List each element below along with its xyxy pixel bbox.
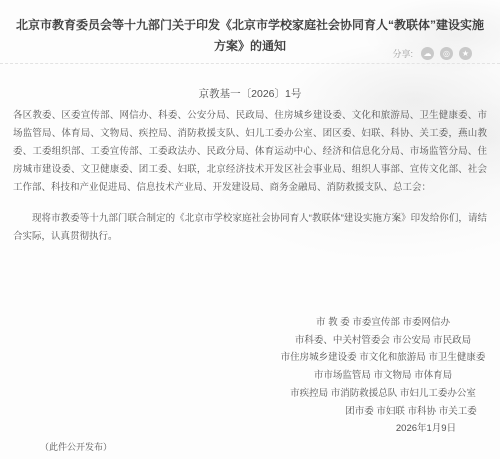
share-label: 分享: xyxy=(392,47,413,60)
document-body: 各区教委、区委宣传部、网信办、科委、公安分局、民政局、住房城乡建设委、文化和旅游… xyxy=(13,107,487,246)
signature-line: 市住房城乡建设委 市文化和旅游局 市卫生健康委 xyxy=(272,349,494,367)
share-toolbar: 分享: ☁ ◎ ★ xyxy=(392,46,472,60)
notice-document-page: 北京市教育委员会等十九部门关于印发《北京市学校家庭社会协同育人“教联体”建设实施… xyxy=(0,0,500,459)
signature-line: 团市委 市妇联 市科协 市关工委 xyxy=(272,403,494,421)
favorite-star-icon[interactable]: ★ xyxy=(459,47,472,60)
title-divider xyxy=(0,63,500,64)
signature-line: 市 教 委 市委宣传部 市委网信办 xyxy=(272,314,494,332)
public-release-note: （此件公开发布） xyxy=(40,440,112,453)
document-number: 京教基一〔2026〕1号 xyxy=(0,86,500,101)
signature-line: 市科委、中关村管委会 市公安局 市民政局 xyxy=(272,332,494,350)
recipients-paragraph: 各区教委、区委宣传部、网信办、科委、公安分局、民政局、住房城乡建设委、文化和旅游… xyxy=(13,107,487,197)
document-date: 2026年1月9日 xyxy=(272,420,494,438)
main-paragraph: 现将市教委等十九部门联合制定的《北京市学校家庭社会协同育人“教联体”建设实施方案… xyxy=(13,210,487,246)
weibo-share-icon[interactable]: ☁ xyxy=(421,47,434,60)
signature-line: 市市场监管局 市文物局 市体育局 xyxy=(272,367,494,385)
signature-line: 市疾控局 市消防救援总队 市妇儿工委办公室 xyxy=(272,385,494,403)
camera-share-icon[interactable]: ◎ xyxy=(440,47,453,60)
signature-block: 市 教 委 市委宣传部 市委网信办 市科委、中关村管委会 市公安局 市民政局 市… xyxy=(272,314,494,438)
